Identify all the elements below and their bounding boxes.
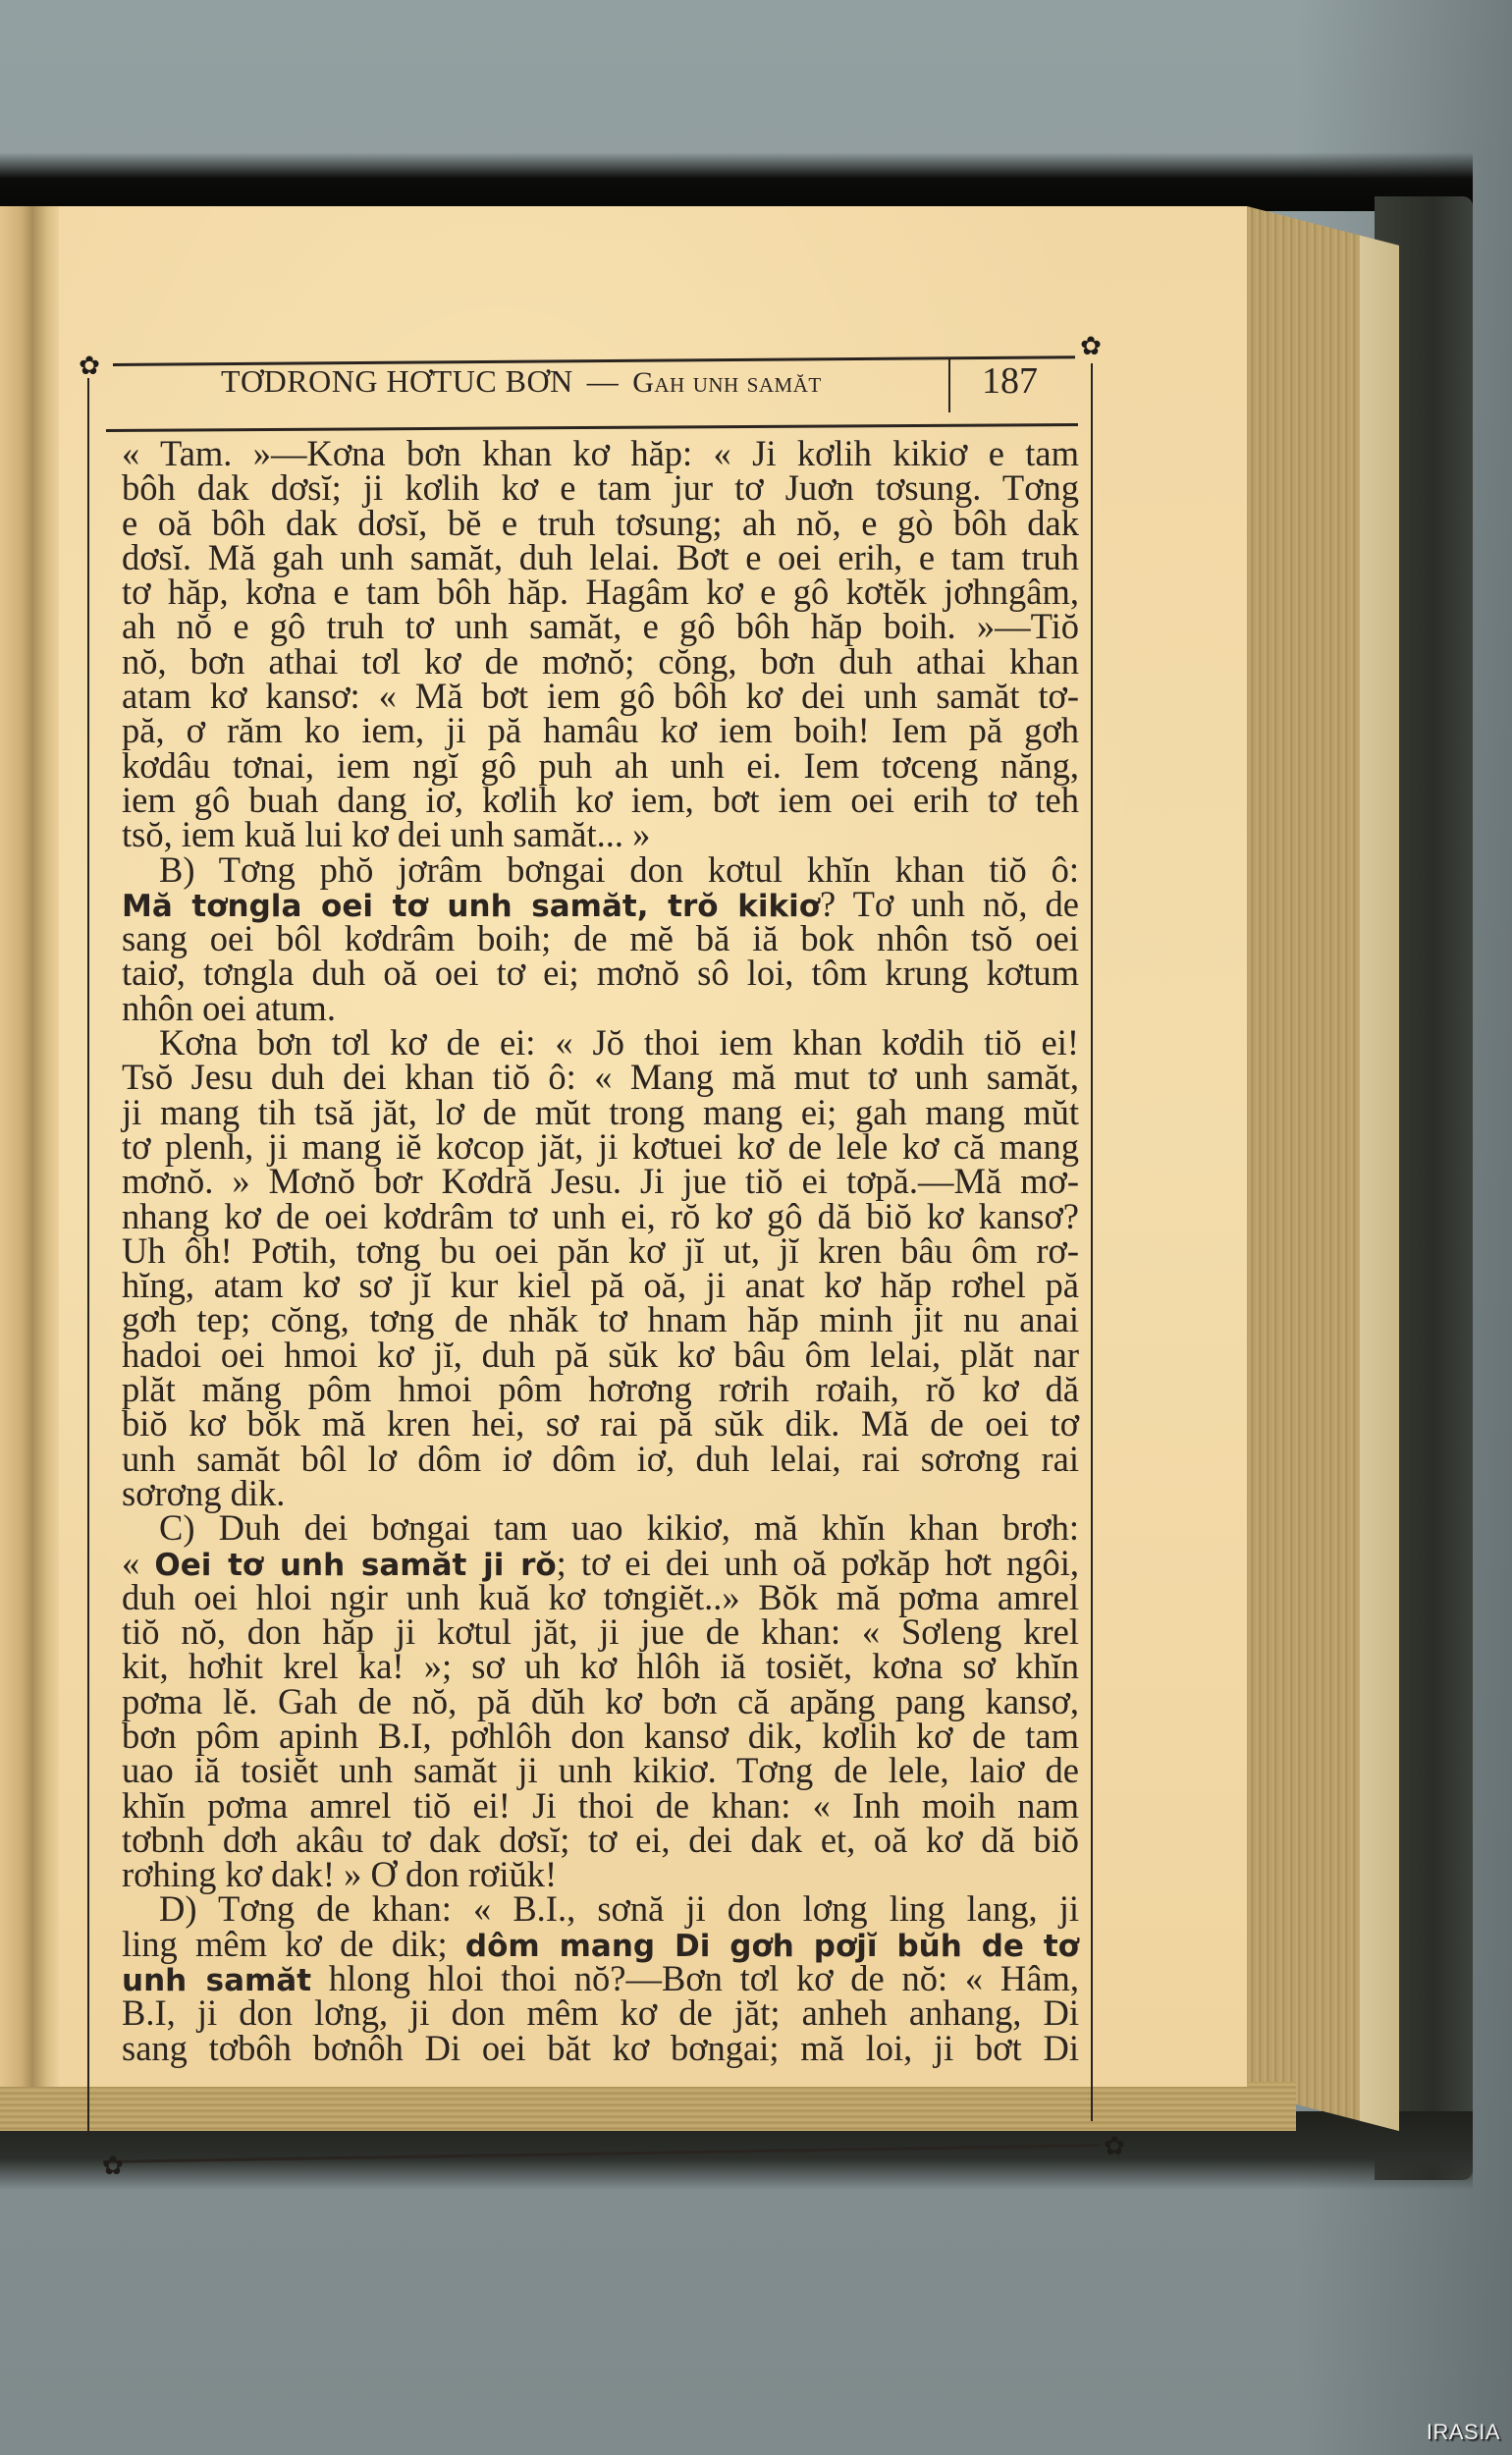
ornament-top-left-icon: ✿: [77, 354, 102, 379]
text-line: plăt măng pôm hmoi pôm hơrơng rơrih rơai…: [122, 1372, 1079, 1406]
text-line: tsŏ, iem kuă lui kơ dei unh samăt... »: [122, 817, 1079, 851]
text-line: « Oei tơ unh samăt ji rŏ; tơ ei dei unh …: [122, 1546, 1079, 1580]
text-line: B.I, ji don lơng, ji don mêm kơ de jăt; …: [122, 1995, 1079, 2030]
ornament-bottom-left-icon: ✿: [100, 2154, 126, 2179]
text-line: gơh tep; cŏng, tơng de nhăk tơ hnam hăp …: [122, 1302, 1079, 1337]
text-line: sang oei bôl kơdrâm boih; de mĕ bă iă bo…: [122, 921, 1079, 955]
text-line: tơbnh dơh akâu tơ dak dơsĭ; tơ ei, dei d…: [122, 1823, 1079, 1857]
text-line: sang tơbôh bơnôh Di oei băt kơ bơngai; m…: [122, 2031, 1079, 2065]
text-line: pă, ơ răm ko iem, ji pă hamâu kơ iem boi…: [122, 713, 1079, 747]
text-line: nhang kơ de oei kơdrâm tơ unh ei, rŏ kơ …: [122, 1199, 1079, 1233]
text-line: sơrơng dik.: [122, 1476, 1079, 1510]
body-text: « Tam. »—Kơna bơn khan kơ hăp: « Ji kơli…: [122, 436, 1079, 2065]
text-line: biŏ kơ bŏk mă kren hei, sơ rai pă sŭk di…: [122, 1406, 1079, 1441]
text-line: kơdâu tơnai, iem ngĭ gô puh ah unh ei. I…: [122, 748, 1079, 783]
running-head: TƠDRONG HƠTUC BƠN—Gah unh samăt: [221, 363, 947, 412]
text-line: pơma lĕ. Gah de nŏ, pă dŭh kơ bơn că apă…: [122, 1684, 1079, 1718]
page-edges-right: [1247, 206, 1399, 2131]
book-cover-top: [0, 152, 1473, 211]
text-line: rơhing kơ dak! » Ơ don rơiŭk!: [122, 1857, 1079, 1891]
text-line: khĭn pơma amrel tiŏ ei! Ji thoi de khan:…: [122, 1788, 1079, 1823]
section-title: Gah unh samăt: [632, 366, 822, 399]
text-line: tiŏ nŏ, don hăp ji kơtul jăt, ji jue de …: [122, 1614, 1079, 1649]
header-divider: [948, 358, 950, 412]
text-line: mơnŏ. » Mơnŏ bơr Kơdră Jesu. Ji jue tiŏ …: [122, 1164, 1079, 1198]
ornament-bottom-right-icon: ✿: [1102, 2134, 1127, 2159]
frame-right-rule: [1091, 363, 1093, 2121]
text-line: uao iă tosiĕt unh samăt ji unh kikiơ. Tơ…: [122, 1753, 1079, 1787]
text-line: nhôn oei atum.: [122, 991, 1079, 1025]
text-line: Kơna bơn tơl kơ de ei: « Jŏ thoi iem kha…: [122, 1025, 1079, 1060]
text-line: hadoi oei hmoi kơ jĭ, duh pă sŭk kơ bâu …: [122, 1337, 1079, 1372]
page-edges-bottom: [0, 2082, 1296, 2131]
text-line: ah nŏ e gô truh tơ unh samăt, e gô bôh h…: [122, 609, 1079, 643]
text-line: duh oei hloi ngir unh kuă kơ tơngiĕt..» …: [122, 1580, 1079, 1614]
frame-left-rule: [87, 378, 89, 2136]
text-line: unh samăt hlong hloi thoi nŏ?—Bơn tơl kơ…: [122, 1961, 1079, 1995]
text-line: dơsĭ. Mă gah unh samăt, duh lelai. Bơt e…: [122, 540, 1079, 574]
book-gutter: [0, 206, 59, 2087]
text-line: Tsŏ Jesu duh dei khan tiŏ ô: « Mang mă m…: [122, 1060, 1079, 1094]
text-line: unh samăt bôl lơ dôm iơ dôm iơ, duh lela…: [122, 1442, 1079, 1476]
running-title: TƠDRONG HƠTUC BƠN: [221, 363, 573, 399]
text-line: Mă tơngla oei tơ unh samăt, trŏ kikiơ? T…: [122, 887, 1079, 921]
text-line: hĭng, atam kơ sơ jĭ kur kiel pă oă, ji a…: [122, 1268, 1079, 1302]
header-separator: —: [587, 363, 620, 399]
text-line: taiơ, tơngla duh oă oei tơ ei; mơnŏ sô l…: [122, 955, 1079, 990]
text-line: ling mêm kơ de dik; dôm mang Di gơh pơjĭ…: [122, 1927, 1079, 1961]
text-line: tơ plenh, ji mang iĕ kơcop jăt, ji kơtue…: [122, 1129, 1079, 1164]
text-line: bôh dak dơsĭ; ji kơlih kơ e tam jur tơ J…: [122, 470, 1079, 505]
text-line: atam kơ kansơ: « Mă bơt iem gô bôh kơ de…: [122, 679, 1079, 713]
watermark: IRASIA: [1427, 2420, 1500, 2445]
text-line: kit, hơhit krel ka! »; sơ uh kơ hlôh iă …: [122, 1649, 1079, 1683]
text-line: C) Duh dei bơngai tam uao kikiơ, mă khĭn…: [122, 1510, 1079, 1545]
text-line: e oă bôh dak dơsĭ, bĕ e truh tơsung; ah …: [122, 506, 1079, 540]
text-line: nŏ, bơn athai tơl kơ de mơnŏ; cŏng, bơn …: [122, 644, 1079, 679]
text-line: « Tam. »—Kơna bơn khan kơ hăp: « Ji kơli…: [122, 436, 1079, 470]
page-number: 187: [982, 359, 1038, 403]
ornament-top-right-icon: ✿: [1078, 334, 1104, 359]
text-line: iem gô buah dang iơ, kơlih kơ iem, bơt i…: [122, 783, 1079, 817]
text-line: Uh ôh! Pơtih, tơng bu oei păn kơ jĭ ut, …: [122, 1233, 1079, 1268]
text-line: tơ hăp, kơna e tam bôh hăp. Hagâm kơ e g…: [122, 574, 1079, 609]
text-line: D) Tơng de khan: « B.I., sơnă ji don lơn…: [122, 1891, 1079, 1926]
text-line: ji mang tih tsă jăt, lơ de mŭt trong man…: [122, 1095, 1079, 1129]
text-line: bơn pôm apinh B.I, pơhlôh don kansơ dik,…: [122, 1718, 1079, 1753]
text-line: B) Tơng phŏ jơrâm bơngai don kơtul khĭn …: [122, 852, 1079, 887]
